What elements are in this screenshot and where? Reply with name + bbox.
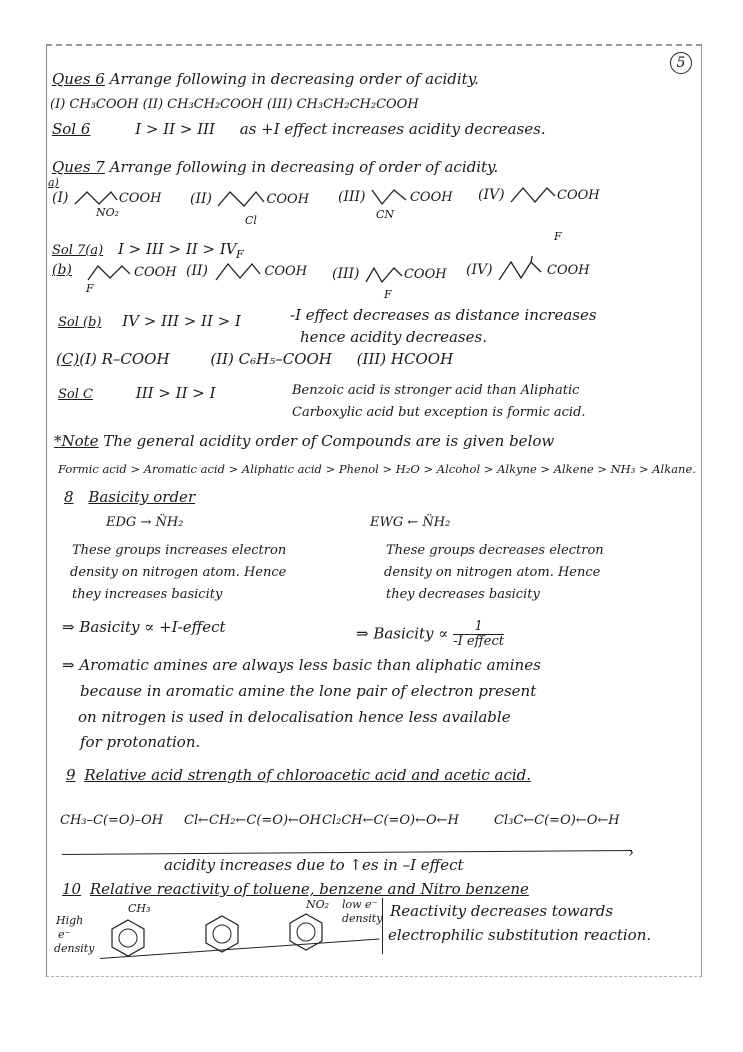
zigzag-chain-icon (73, 188, 119, 208)
item-sub: F (236, 248, 244, 261)
item-group: COOH (264, 264, 307, 279)
aromatic-note-3: on nitrogen is used in delocalisation he… (78, 708, 511, 726)
ewg-relation-prefix: ⇒ Basicity ∝ (356, 625, 448, 643)
item-group: COOH (557, 188, 600, 203)
q7b-item-4: (IV) COOH F (466, 256, 590, 284)
arrow-caption: acidity increases due to ↑es in –I effec… (164, 856, 464, 874)
q7c-item: (I) R–COOH (79, 350, 169, 368)
page-border (46, 44, 702, 977)
q7c-label: (C) (56, 350, 79, 368)
item-group: COOH (266, 192, 309, 207)
zigzag-chain-icon (497, 256, 547, 284)
q7-question-line: Ques 7 Arrange following in decreasing o… (52, 158, 498, 176)
q7c-answer: III > II > I (136, 384, 216, 402)
aromatic-note-2: because in aromatic amine the lone pair … (80, 682, 536, 700)
item-sub: NO₂ (96, 206, 119, 219)
section9-heading: 9 Relative acid strength of chloroacetic… (66, 766, 531, 784)
zigzag-chain-icon (212, 258, 264, 284)
q7c-sol-label: Sol C (58, 387, 93, 402)
q7c-solution-line: Sol C III > II > I (58, 384, 216, 404)
edg-formula: EDG → N̈H₂ (106, 514, 183, 532)
note-label: *Note (54, 432, 99, 450)
compound-chloroacetic: Cl←CH₂←C(=O)←OH (184, 812, 321, 830)
item-group: COOH (404, 267, 447, 282)
zigzag-chain-icon (84, 260, 134, 284)
item-num: (II) (186, 263, 208, 279)
section9-title: Relative acid strength of chloroacetic a… (84, 766, 531, 784)
item-num: (III) (338, 189, 366, 205)
benzene-ring-toluene-icon (110, 918, 146, 958)
q7a-item-2: (II) COOH Cl (190, 188, 309, 210)
section10-reason-1: Reactivity decreases towards (390, 902, 613, 920)
edg-relation: ⇒ Basicity ∝ +I-effect (62, 618, 226, 636)
q6-question: Arrange following in decreasing order of… (110, 70, 479, 88)
q7-label: Ques 7 (52, 158, 105, 176)
aromatic-note-1: ⇒ Aromatic amines are always less basic … (62, 656, 541, 674)
item-sub: F (554, 230, 562, 243)
nitro-substituent: NO₂ (306, 896, 329, 914)
section10-num: 10 (62, 880, 81, 898)
item-num: (IV) (466, 262, 493, 278)
q7a-answer: I > III > II > IV (118, 240, 237, 258)
basicity-heading: 8 Basicity order (64, 488, 195, 506)
q7b-answer: IV > III > II > I (122, 312, 241, 330)
q7c-reason-2: Carboxylic acid but exception is formic … (292, 404, 586, 422)
q6-label: Ques 6 (52, 70, 105, 88)
q7b-item-1: COOH F (84, 260, 177, 284)
zigzag-chain-icon (509, 184, 557, 206)
q7b-label: (b) (52, 262, 72, 278)
basicity-title: Basicity order (88, 488, 195, 506)
ewg-line-1: These groups decreases electron (386, 542, 604, 560)
edg-line-2: density on nitrogen atom. Hence (70, 564, 286, 582)
high-label-3: density (54, 940, 94, 958)
toluene-substituent: CH₃ (128, 900, 150, 918)
section9-num: 9 (66, 766, 76, 784)
note-text: The general acidity order of Compounds a… (103, 432, 554, 450)
q7c-items-line: (C)(I) R–COOH (II) C₆H₅–COOH (III) HCOOH (56, 350, 453, 368)
edg-line-3: they increases basicity (72, 586, 222, 604)
arrow-head-icon: › (628, 843, 634, 861)
q6-question-line: Ques 6 Arrange following in decreasing o… (52, 70, 479, 88)
zigzag-chain-icon (216, 188, 266, 210)
ewg-line-3: they decreases basicity (386, 586, 540, 604)
q7b-reason-1: -I effect decreases as distance increase… (290, 306, 597, 324)
q7a-sol-label: Sol 7(a) (52, 243, 103, 258)
item-group: COOH (134, 265, 177, 280)
item-group: COOH (119, 191, 162, 206)
q7a-item-1: (I) COOH NO₂ (52, 188, 162, 208)
compound-dichloroacetic: Cl₂CH←C(=O)←O←H (322, 812, 459, 830)
fraction-denominator: -I effect (453, 634, 504, 649)
q6-solution-line: Sol 6 I > II > III as +I effect increase… (52, 120, 546, 138)
item-group: COOH (547, 263, 590, 278)
q7a-solution-line: Sol 7(a) I > III > II > IV (52, 240, 237, 260)
q7b-solution-line: Sol (b) IV > III > II > I (58, 312, 241, 332)
item-sub: F (384, 288, 392, 301)
q7b-row: (b) (52, 262, 72, 278)
item-group: COOH (410, 190, 453, 205)
q7a-item-3: (III) COOH CN (338, 186, 453, 208)
section10-heading: 10 Relative reactivity of toluene, benze… (62, 880, 529, 898)
q7b-item-3: (III) COOH F (332, 262, 447, 286)
q7b-sol-label: Sol (b) (58, 315, 102, 330)
low-label-2: density (342, 910, 382, 928)
item-sub: Cl (245, 214, 257, 227)
item-num: (III) (332, 266, 360, 282)
aromatic-note-4: for protonation. (80, 733, 200, 751)
ewg-relation: ⇒ Basicity ∝ 1 -I effect (356, 620, 504, 649)
q7-question: Arrange following in decreasing of order… (110, 158, 499, 176)
item-sub: F (86, 282, 94, 295)
item-sub: CN (376, 208, 394, 221)
compound-acetic: CH₃–C(=O)–OH (60, 812, 163, 830)
ewg-formula: EWG ← N̈H₂ (370, 514, 450, 532)
page-number: 5 (670, 52, 692, 74)
fraction-numerator: 1 (453, 620, 504, 635)
section10-reason-2: electrophilic substitution reaction. (388, 926, 651, 944)
edg-line-1: These groups increases electron (72, 542, 286, 560)
item-num: (II) (190, 191, 212, 207)
benzene-ring-nitro-icon (288, 912, 324, 952)
ewg-line-2: density on nitrogen atom. Hence (384, 564, 600, 582)
q7b-item-2: (II) COOH F (186, 258, 307, 284)
q7a-item-4: (IV) COOH (478, 184, 600, 206)
item-num: (IV) (478, 187, 505, 203)
q6-options: (I) CH₃COOH (II) CH₃CH₂COOH (III) CH₃CH₂… (50, 96, 419, 114)
basicity-num: 8 (64, 488, 74, 506)
fraction: 1 -I effect (453, 620, 504, 649)
q7c-item: (II) C₆H₅–COOH (210, 350, 332, 368)
acidity-order: Formic acid > Aromatic acid > Aliphatic … (58, 460, 696, 478)
q7c-item: (III) HCOOH (357, 350, 453, 368)
compound-trichloroacetic: Cl₃C←C(=O)←O←H (494, 812, 620, 830)
q7c-reason-1: Benzoic acid is stronger acid than Aliph… (292, 382, 579, 400)
q6-reason: as +I effect increases acidity decreases… (240, 120, 546, 138)
q6-sol-label: Sol 6 (52, 120, 90, 138)
note-line: *Note The general acidity order of Compo… (54, 432, 554, 450)
q6-answer: I > II > III (135, 120, 215, 138)
item-num: (I) (52, 190, 68, 206)
zigzag-chain-icon (364, 262, 404, 286)
q7b-reason-2: hence acidity decreases. (300, 328, 487, 346)
bracket-divider (382, 898, 383, 954)
zigzag-chain-icon (370, 186, 410, 208)
